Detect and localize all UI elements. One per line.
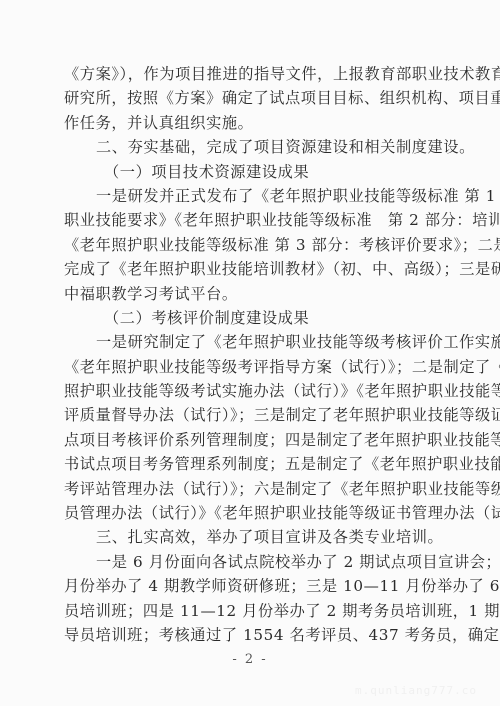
paragraph-line: 员培训班；四是 11—12 月份举办了 2 期考务员培训班，1 期质量督 bbox=[64, 599, 426, 623]
paragraph-line: 《老年照护职业技能等级考评指导方案（试行）》；二是制定了《老年 bbox=[64, 355, 426, 379]
paragraph-line: 研究所，按照《方案》确定了试点项目目标、组织机构、项目重点工 bbox=[64, 86, 426, 110]
paragraph-line: 考评站管理办法（试行）》；六是制定了《老年照护职业技能等级考评 bbox=[64, 477, 426, 501]
watermark: m.qunliang777.co bbox=[355, 684, 477, 697]
paragraph-line: 中福职教学习考试平台。 bbox=[64, 282, 426, 306]
paragraph-line: 一是研究制定了《老年照护职业技能等级考核评价工作实施方案》 bbox=[64, 330, 426, 354]
subsection-heading-2-2: （二）考核评价制度建设成果 bbox=[64, 306, 426, 330]
paragraph-line: 月份举办了 4 期教学师资研修班；三是 10—11 月份举办了 6 期考评 bbox=[64, 574, 426, 598]
paragraph-line: 职业技能要求》《老年照护职业技能等级标准 第 2 部分：培训要求》 bbox=[64, 208, 426, 232]
paragraph-line: 照护职业技能等级考试实施办法（试行）》《老年照护职业技能等级考 bbox=[64, 379, 426, 403]
paragraph-line: 《方案》），作为项目推进的指导文件，上报教育部职业技术教育中心 bbox=[64, 62, 426, 86]
paragraph-line: 一是 6 月份面向各试点院校举办了 2 期试点项目宣讲会；二是 8 bbox=[64, 550, 426, 574]
subsection-heading-2-1: （一）项目技术资源建设成果 bbox=[64, 160, 426, 184]
paragraph-line: 员管理办法（试行）》《老年照护职业技能等级证书管理办法（试行）》。 bbox=[64, 501, 426, 525]
section-heading-2: 二、夯实基础，完成了项目资源建设和相关制度建设。 bbox=[64, 135, 426, 159]
section-heading-3: 三、扎实高效，举办了项目宣讲及各类专业培训。 bbox=[64, 525, 426, 549]
paragraph-line: 一是研发并正式发布了《老年照护职业技能等级标准 第 1 部分： bbox=[64, 184, 426, 208]
paragraph-line: 《老年照护职业技能等级标准 第 3 部分：考核评价要求》；二是研发 bbox=[64, 233, 426, 257]
paragraph-line: 导员培训班；考核通过了 1554 名考评员、437 考务员，确定了 115 bbox=[64, 623, 426, 647]
paragraph-line: 书试点项目考务管理系列制度；五是制定了《老年照护职业技能等级 bbox=[64, 452, 426, 476]
paragraph-line: 完成了《老年照护职业技能培训教材》（初、中、高级）；三是研发了 bbox=[64, 257, 426, 281]
paragraph-line: 作任务，并认真组织实施。 bbox=[64, 111, 426, 135]
paragraph-line: 评质量督导办法（试行）》；三是制定了老年照护职业技能等级证书试 bbox=[64, 403, 426, 427]
page-number: - 2 - bbox=[0, 652, 500, 667]
document-body: 《方案》），作为项目推进的指导文件，上报教育部职业技术教育中心 研究所，按照《方… bbox=[64, 62, 426, 647]
paragraph-line: 点项目考核评价系列管理制度；四是制定了老年照护职业技能等级证 bbox=[64, 428, 426, 452]
